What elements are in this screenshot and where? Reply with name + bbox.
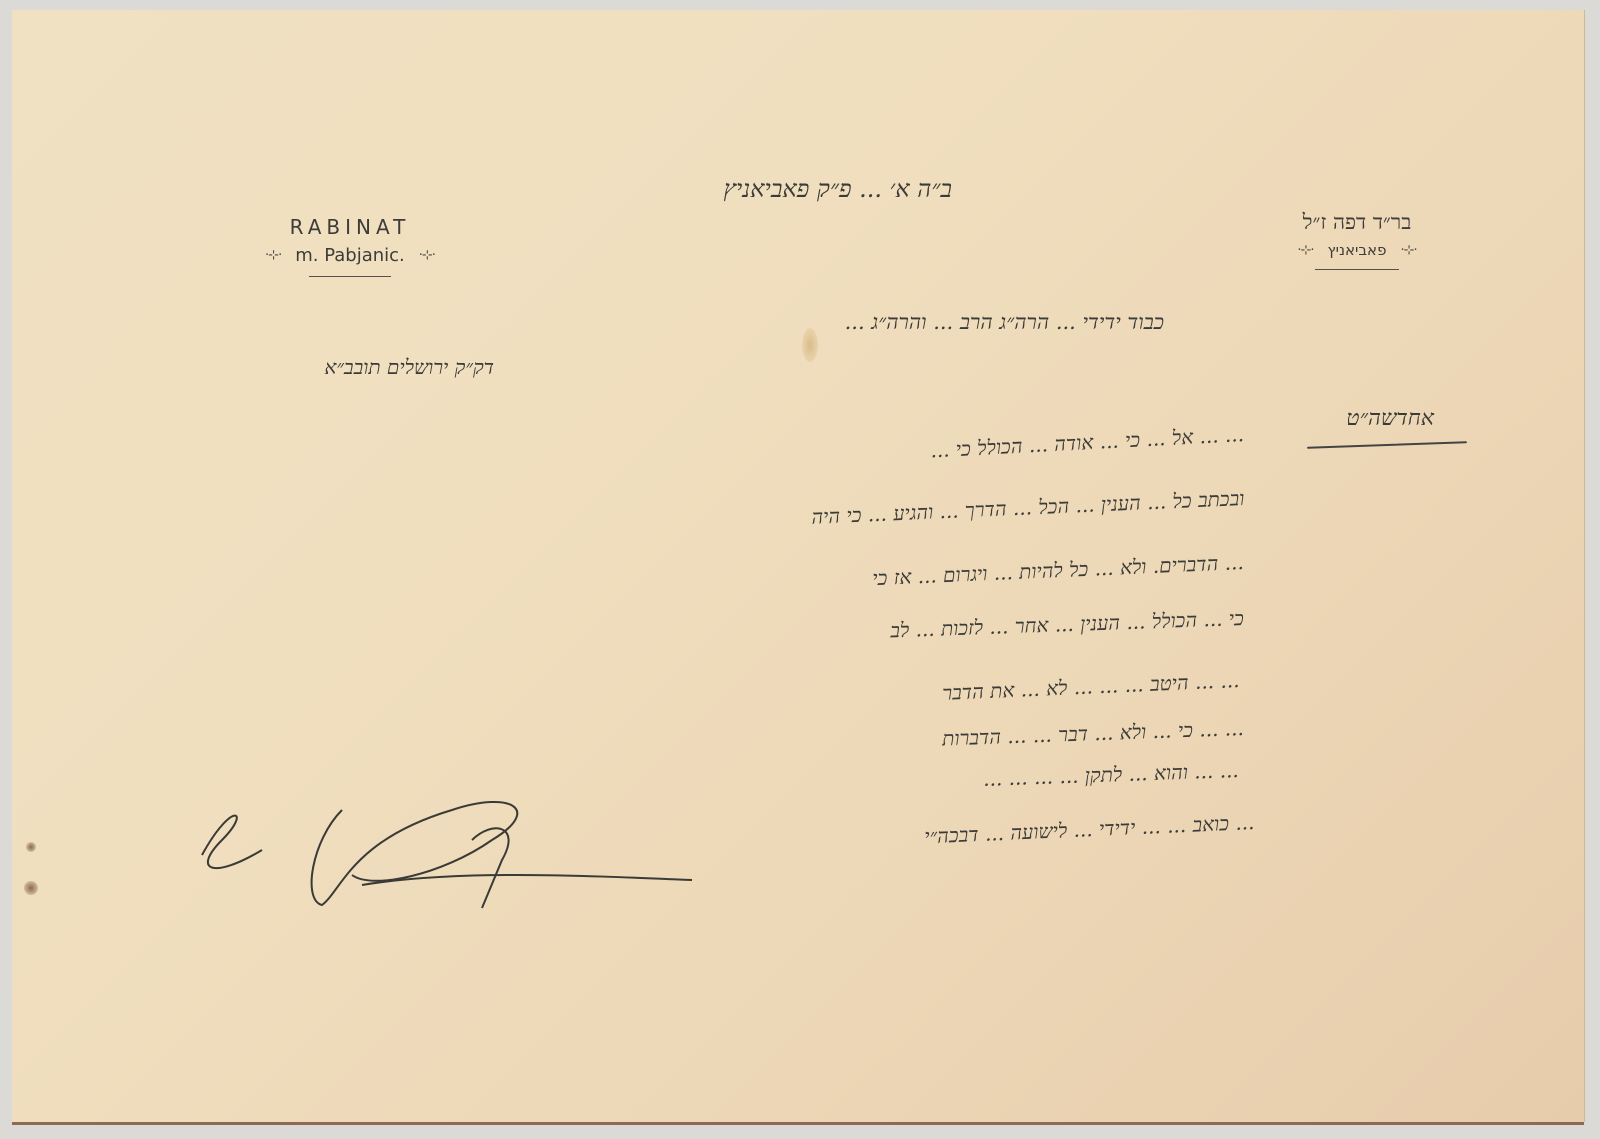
ornament-icon: ·⊹· xyxy=(1297,243,1313,258)
letter-paper: RABINAT ·⊹· m. Pabjanic. ·⊹· בר״ד דפה ז״… xyxy=(12,10,1584,1122)
margin-underline xyxy=(1307,441,1467,449)
letterhead-subtitle-row: ·⊹· m. Pabjanic. ·⊹· xyxy=(230,245,470,266)
paper-spot xyxy=(26,842,36,852)
body-line: כי ... הכולל ... הענין ... אחר ... לזכות… xyxy=(890,606,1245,643)
letterhead-hebrew-title: בר״ד דפה ז״ל xyxy=(1267,210,1447,235)
body-line: ובכתב כל ... הענין ... הכל ... הדרך ... … xyxy=(811,486,1245,530)
ornament-icon: ·⊹· xyxy=(1400,243,1416,258)
letterhead-hebrew-subtitle-row: ·⊹· פאביאניץ ·⊹· xyxy=(1267,241,1447,259)
header-line: ב״ה א׳ ... פ״ק פאביאניץ xyxy=(652,175,952,204)
paper-spot xyxy=(24,881,38,895)
letterhead-subtitle: m. Pabjanic. xyxy=(295,245,405,266)
letterhead-divider xyxy=(1315,269,1399,270)
salutation-line-1: כבוד ידידי ... הרה״ג הרב ... והרה״ג ... xyxy=(845,310,1164,335)
body-line: ... הדברים. ולא ... כל להיות ... ויגרום … xyxy=(872,550,1244,591)
ornament-icon: ·⊹· xyxy=(419,248,435,263)
body-line: ... ... אל ... כי ... אודה ... הכולל כי … xyxy=(930,422,1245,463)
body-line: ... כואב ... ... ידידי ... לישועה ... דב… xyxy=(923,810,1254,849)
body-line: ... ... והוא ... לתקן ... ... ... ... xyxy=(983,758,1239,792)
body-line: ... ... כי ... ולא ... דבר ... ... הדברו… xyxy=(942,716,1244,752)
signature-flourish-icon xyxy=(192,780,712,910)
letterhead-hebrew-subtitle: פאביאניץ xyxy=(1328,241,1387,259)
paper-stain xyxy=(802,328,818,362)
margin-note: אחדשה״ט xyxy=(1346,405,1434,431)
letterhead-divider xyxy=(309,276,391,277)
letterhead-title: RABINAT xyxy=(230,215,470,239)
body-line: ... ... היטב ... ... ... לא ... את הדבר xyxy=(941,668,1239,706)
salutation-line-2: דק״ק ירושלים תובב״א xyxy=(324,355,494,380)
letterhead-hebrew: בר״ד דפה ז״ל ·⊹· פאביאניץ ·⊹· xyxy=(1267,210,1447,270)
ornament-icon: ·⊹· xyxy=(265,248,281,263)
letterhead-latin: RABINAT ·⊹· m. Pabjanic. ·⊹· xyxy=(230,215,470,277)
